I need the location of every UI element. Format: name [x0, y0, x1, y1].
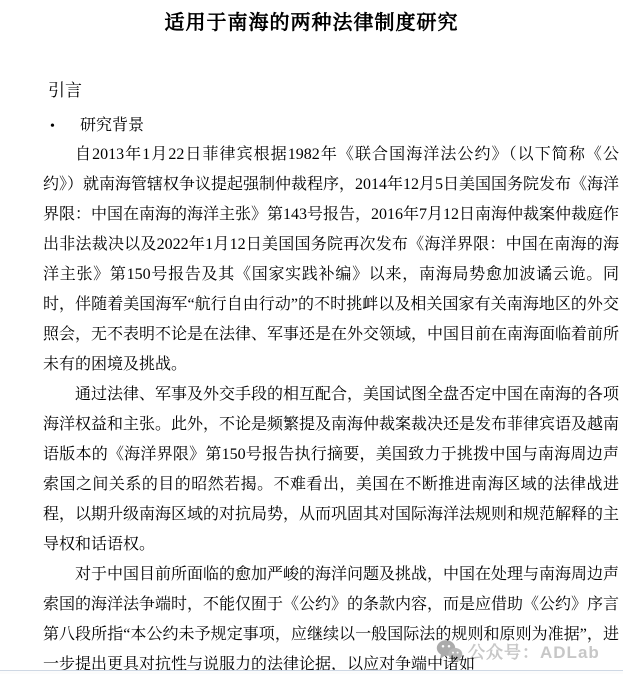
bullet-marker: • — [50, 114, 60, 140]
document-title: 适用于南海的两种法律制度研究 — [0, 0, 623, 35]
bullet-item-research-background: •研究背景 — [50, 113, 619, 140]
paragraph-background-1: 自2013年1月22日菲律宾根据1982年《联合国海洋法公约》（以下简称《公约》… — [43, 140, 619, 380]
paragraph-background-3: 对于中国目前所面临的愈加严峻的海洋问题及挑战，中国在处理与南海周边声索国的海洋法… — [43, 560, 619, 674]
document-page: 适用于南海的两种法律制度研究 引言 •研究背景 自2013年1月22日菲律宾根据… — [0, 0, 623, 674]
section-heading-introduction: 引言 — [48, 79, 623, 103]
bottom-edge-line — [0, 670, 623, 674]
bullet-item-label: 研究背景 — [80, 117, 144, 134]
paragraph-background-2: 通过法律、军事及外交手段的相互配合，美国试图全盘否定中国在南海的各项海洋权益和主… — [43, 380, 619, 560]
document-body: 自2013年1月22日菲律宾根据1982年《联合国海洋法公约》（以下简称《公约》… — [0, 140, 623, 674]
